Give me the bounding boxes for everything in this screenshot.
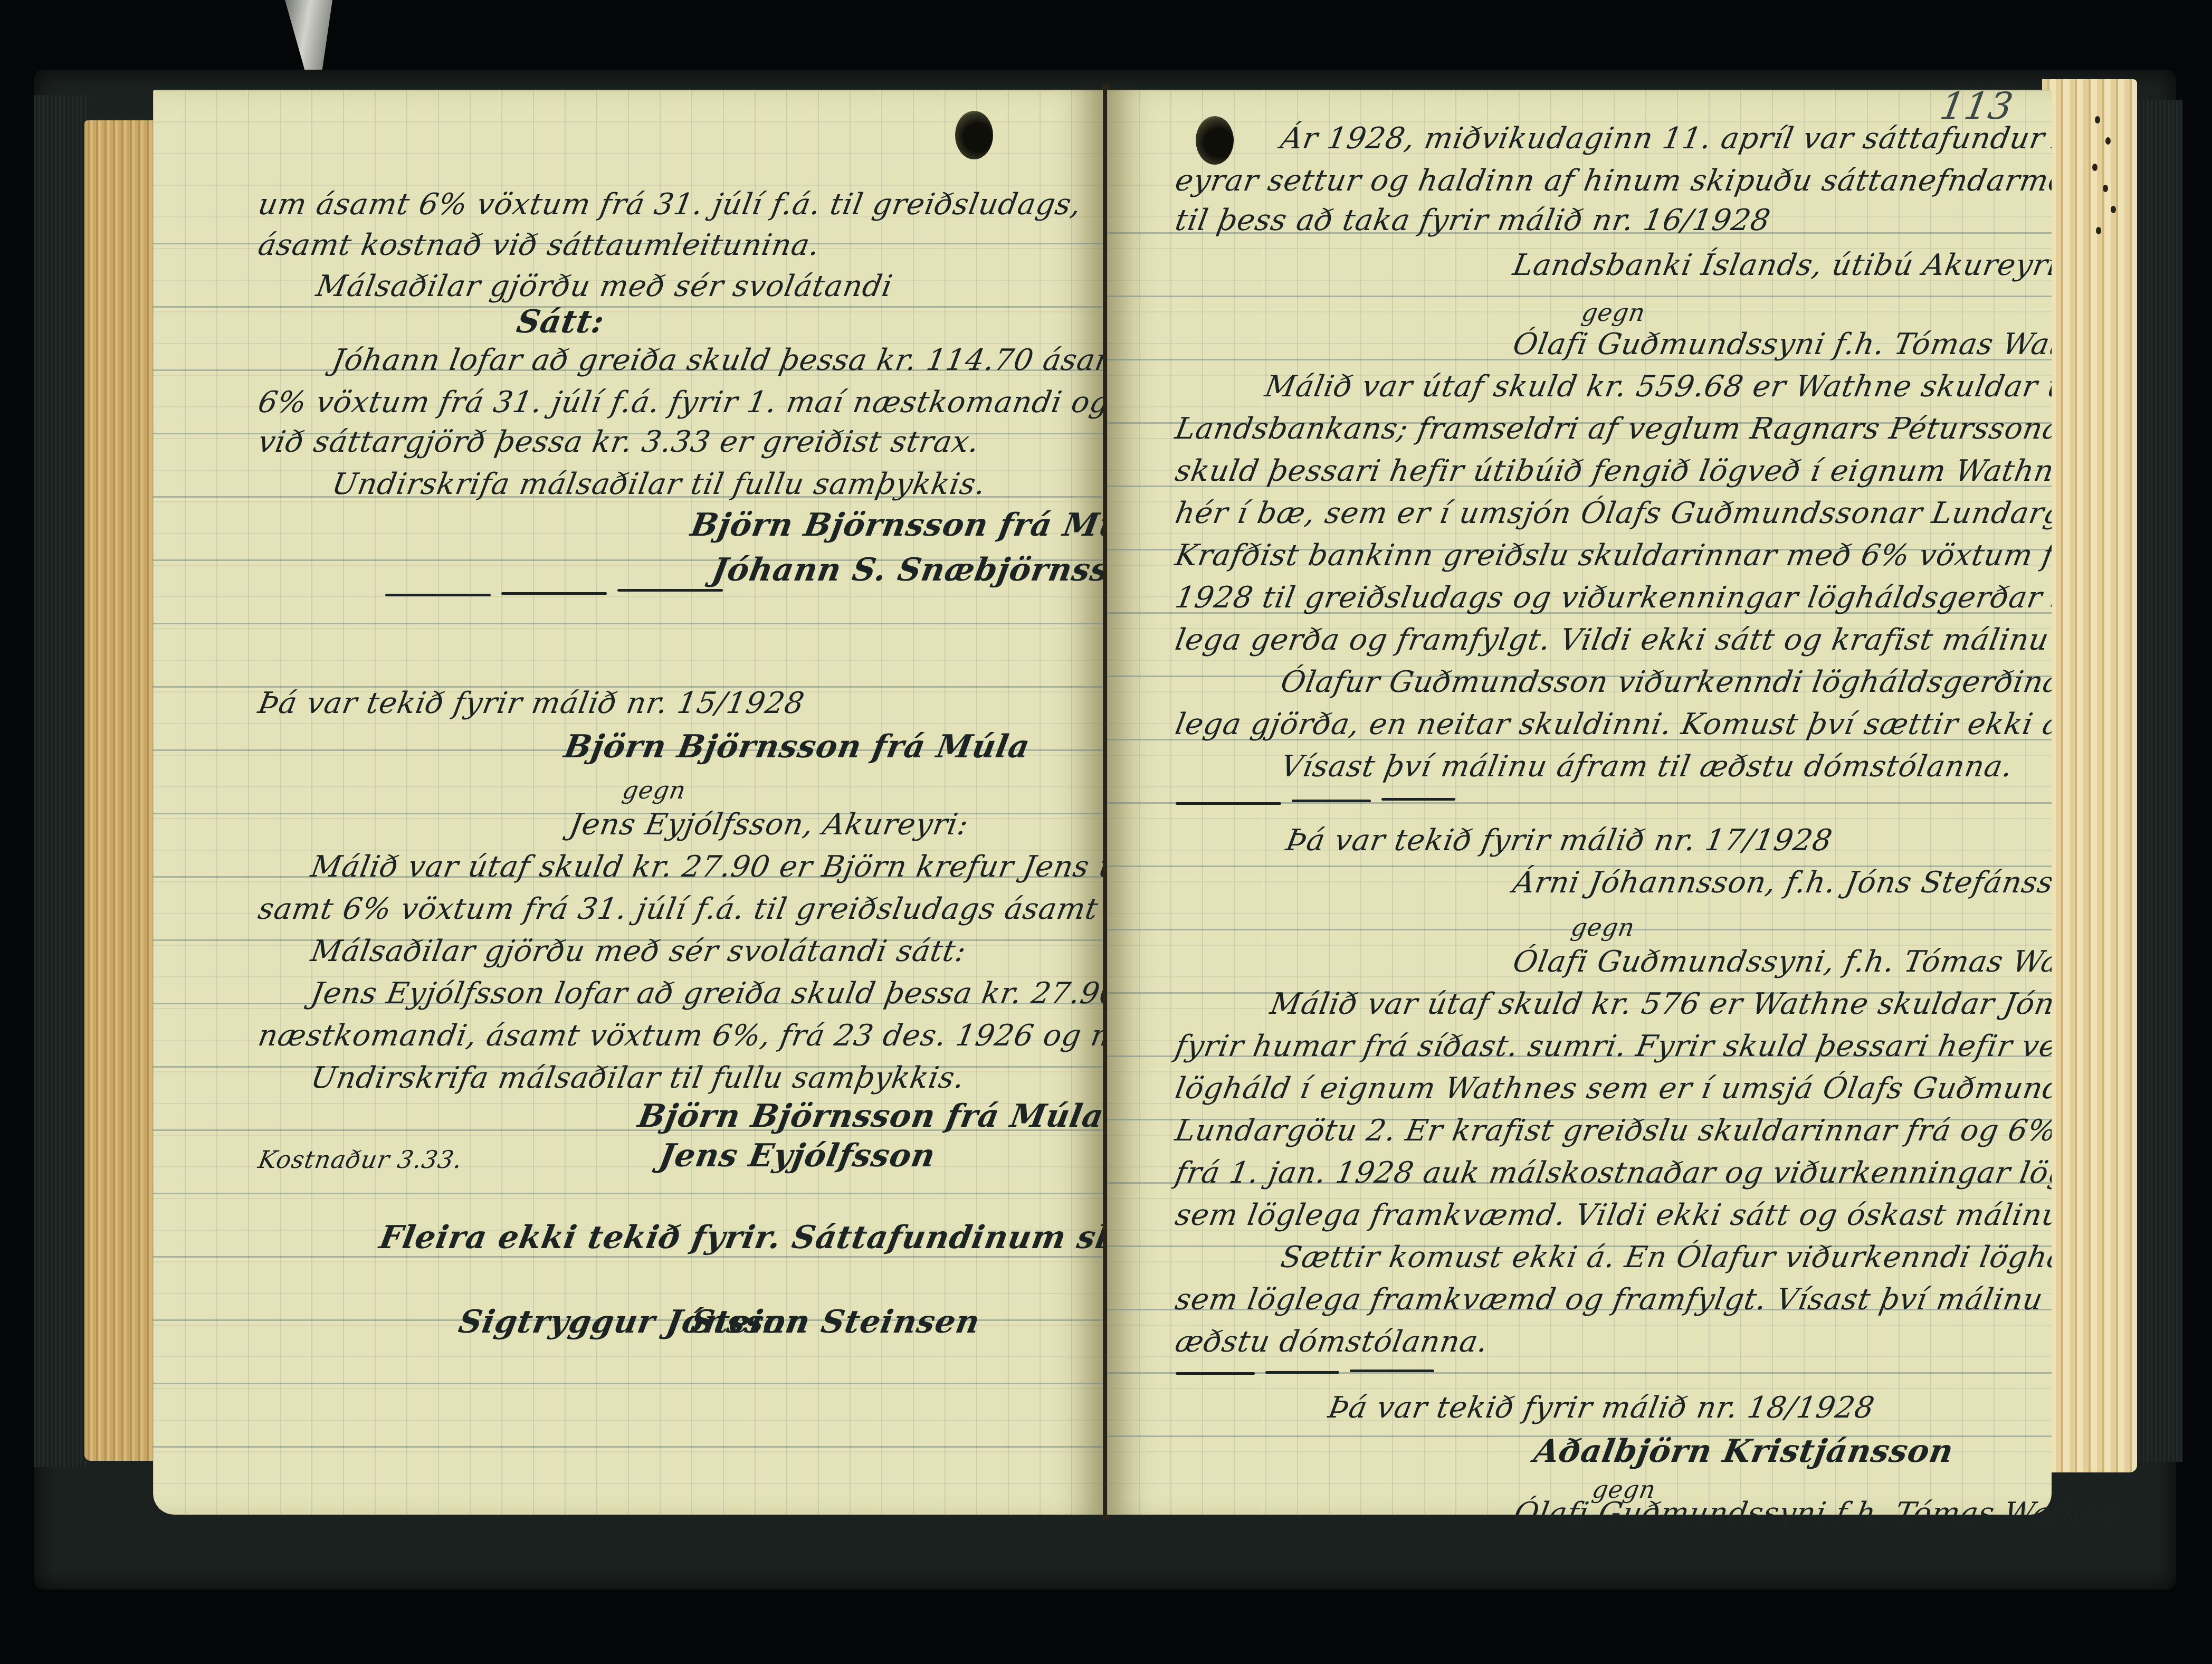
text-line: Landsbankans; framseldri af veglum Ragna… xyxy=(1172,412,2052,446)
section-divider xyxy=(1292,800,1371,802)
book-photograph: um ásamt 6% vöxtum frá 31. júlí f.á. til… xyxy=(0,0,2212,1664)
plaintiff-name: Árni Jóhannsson, f.h. Jóns Stefánssonar xyxy=(1510,866,2052,900)
official-signature: Steinn Steinsen xyxy=(688,1304,983,1340)
text-line: 1928 til greiðsludags og viðurkenningar … xyxy=(1172,581,2052,615)
text-line: Jóhann lofar að greiða skuld þessa kr. 1… xyxy=(329,343,1103,377)
text-line: um ásamt 6% vöxtum frá 31. júlí f.á. til… xyxy=(255,187,1084,222)
text-line: sem löglega framkvæmd og framfylgt. Vísa… xyxy=(1172,1282,2052,1317)
signature: Björn Björnsson frá Múla xyxy=(635,1098,1103,1135)
section-divider xyxy=(617,589,723,592)
session-header-line: Ár 1928, miðvikudaginn 11. apríl var sát… xyxy=(1278,121,2052,156)
left-page: um ásamt 6% vöxtum frá 31. júlí f.á. til… xyxy=(153,90,1103,1515)
text-line: Málið var útaf skuld kr. 576 er Wathne s… xyxy=(1267,987,2052,1021)
text-line: Sættir komust ekki á. En Ólafur viðurken… xyxy=(1278,1240,2052,1275)
section-divider xyxy=(385,594,491,596)
mold-spots xyxy=(2090,106,2121,264)
versus-label: gegn xyxy=(620,776,688,804)
text-line: skuld þessari hefir útibúið fengið lögve… xyxy=(1172,454,2052,488)
text-line: samt 6% vöxtum frá 31. júlí f.á. til gre… xyxy=(255,892,1103,926)
text-line: 6% vöxtum frá 31. júlí f.á. fyrir 1. maí… xyxy=(255,385,1103,420)
text-line: Málsaðilar gjörðu með sér svolátandi xyxy=(313,269,895,303)
section-divider xyxy=(1350,1370,1434,1372)
defendant-name: Jens Eyjólfsson, Akureyri: xyxy=(567,807,971,842)
text-line: hér í bæ, sem er í umsjón Ólafs Guðmunds… xyxy=(1172,496,2052,530)
case-intro: Þá var tekið fyrir málið nr. 18/1928 xyxy=(1326,1391,1877,1425)
text-line: Lundargötu 2. Er krafist greiðslu skulda… xyxy=(1172,1114,2052,1148)
signature: Jóhann S. Snæbjörnsson xyxy=(709,552,1103,588)
costs-note: Kostnaður 3.33. xyxy=(256,1145,464,1174)
text-line: fyrir humar frá síðast. sumri. Fyrir sku… xyxy=(1172,1029,2052,1063)
text-line: frá 1. jan. 1928 auk málskostnaðar og vi… xyxy=(1172,1156,2052,1190)
page-block-edge-left xyxy=(84,120,153,1461)
closing-line: Fleira ekki tekið fyrir. Sáttafundinum s… xyxy=(377,1219,1103,1256)
section-divider xyxy=(1176,802,1281,805)
session-header-line: til þess að taka fyrir málið nr. 16/1928 xyxy=(1172,203,1773,237)
text-line: Málið var útaf skuld kr. 27.90 er Björn … xyxy=(308,850,1103,884)
signature: Jens Eyjólfsson xyxy=(656,1137,938,1174)
text-line: Vísast því málinu áfram til æðstu dómstó… xyxy=(1278,749,2015,784)
defendant-name: Ólafi Guðmundssyni, f.h. Tómas Wathne. xyxy=(1510,945,2052,979)
text-line: sem löglega framkvæmd. Vildi ekki sátt o… xyxy=(1172,1198,2052,1232)
text-line: lega gerða og framfylgt. Vildi ekki sátt… xyxy=(1172,623,2052,657)
text-line: Málið var útaf skuld kr. 559.68 er Wathn… xyxy=(1262,369,2052,404)
punch-hole xyxy=(1196,116,1234,165)
right-page: 113 Ár 1928, miðvikudaginn 11. apríl var… xyxy=(1107,90,2052,1515)
text-line: lega gjörða, en neitar skuldinni. Komust… xyxy=(1172,707,2052,741)
section-divider xyxy=(1381,798,1455,801)
text-line: æðstu dómstólanna. xyxy=(1172,1325,1491,1359)
cover-cloth-left xyxy=(34,95,87,1467)
text-line: Undirskrifa málsaðilar til fullu samþykk… xyxy=(329,467,988,501)
versus-label: gegn xyxy=(1569,913,1637,942)
text-line: Málsaðilar gjörðu með sér svolátandi sát… xyxy=(308,934,969,968)
text-line: Undirskrifa málsaðilar til fullu samþykk… xyxy=(308,1061,967,1095)
punch-hole xyxy=(955,111,993,159)
text-line: Jens Eyjólfsson lofar að greiða skuld þe… xyxy=(308,976,1103,1011)
session-header-line: eyrar settur og haldinn af hinum skipuðu… xyxy=(1172,164,2052,198)
plaintiff-name: Björn Björnsson frá Múla xyxy=(561,728,1033,765)
page-block-edge-right xyxy=(2042,79,2137,1472)
text-line: næstkomandi, ásamt vöxtum 6%, frá 23 des… xyxy=(255,1019,1103,1053)
defendant-name: Ólafi Guðmundssyni f.h. Tómas Wathne. xyxy=(1511,1496,2133,1530)
case-intro: Þá var tekið fyrir málið nr. 15/1928 xyxy=(255,686,807,720)
text-line: ásamt kostnað við sáttaumleitunina. xyxy=(255,228,823,262)
section-heading: Sátt: xyxy=(514,303,607,340)
cover-cloth-right xyxy=(2130,100,2182,1462)
section-divider xyxy=(1176,1372,1255,1375)
text-line: Krafðist bankinn greiðslu skuldarinnar m… xyxy=(1172,538,2052,573)
versus-label: gegn xyxy=(1579,298,1647,327)
text-line: Ólafur Guðmundsson viðurkenndi lögháldsg… xyxy=(1278,665,2052,699)
plaintiff-name: Aðalbjörn Kristjánsson xyxy=(1531,1433,1957,1470)
section-divider xyxy=(501,592,607,595)
plaintiff-name: Landsbanki Íslands, útibú Akureyri xyxy=(1510,248,2052,282)
defendant-name: Ólafi Guðmundssyni f.h. Tómas Wathne. xyxy=(1510,327,2052,362)
text-line: lögháld í eignum Wathnes sem er í umsjá … xyxy=(1172,1071,2052,1106)
text-line: við sáttargjörð þessa kr. 3.33 er greiði… xyxy=(255,425,982,459)
case-intro: Þá var tekið fyrir málið nr. 17/1928 xyxy=(1283,823,1835,858)
signature: Björn Björnsson frá Múla xyxy=(688,507,1103,544)
section-divider xyxy=(1265,1371,1339,1374)
